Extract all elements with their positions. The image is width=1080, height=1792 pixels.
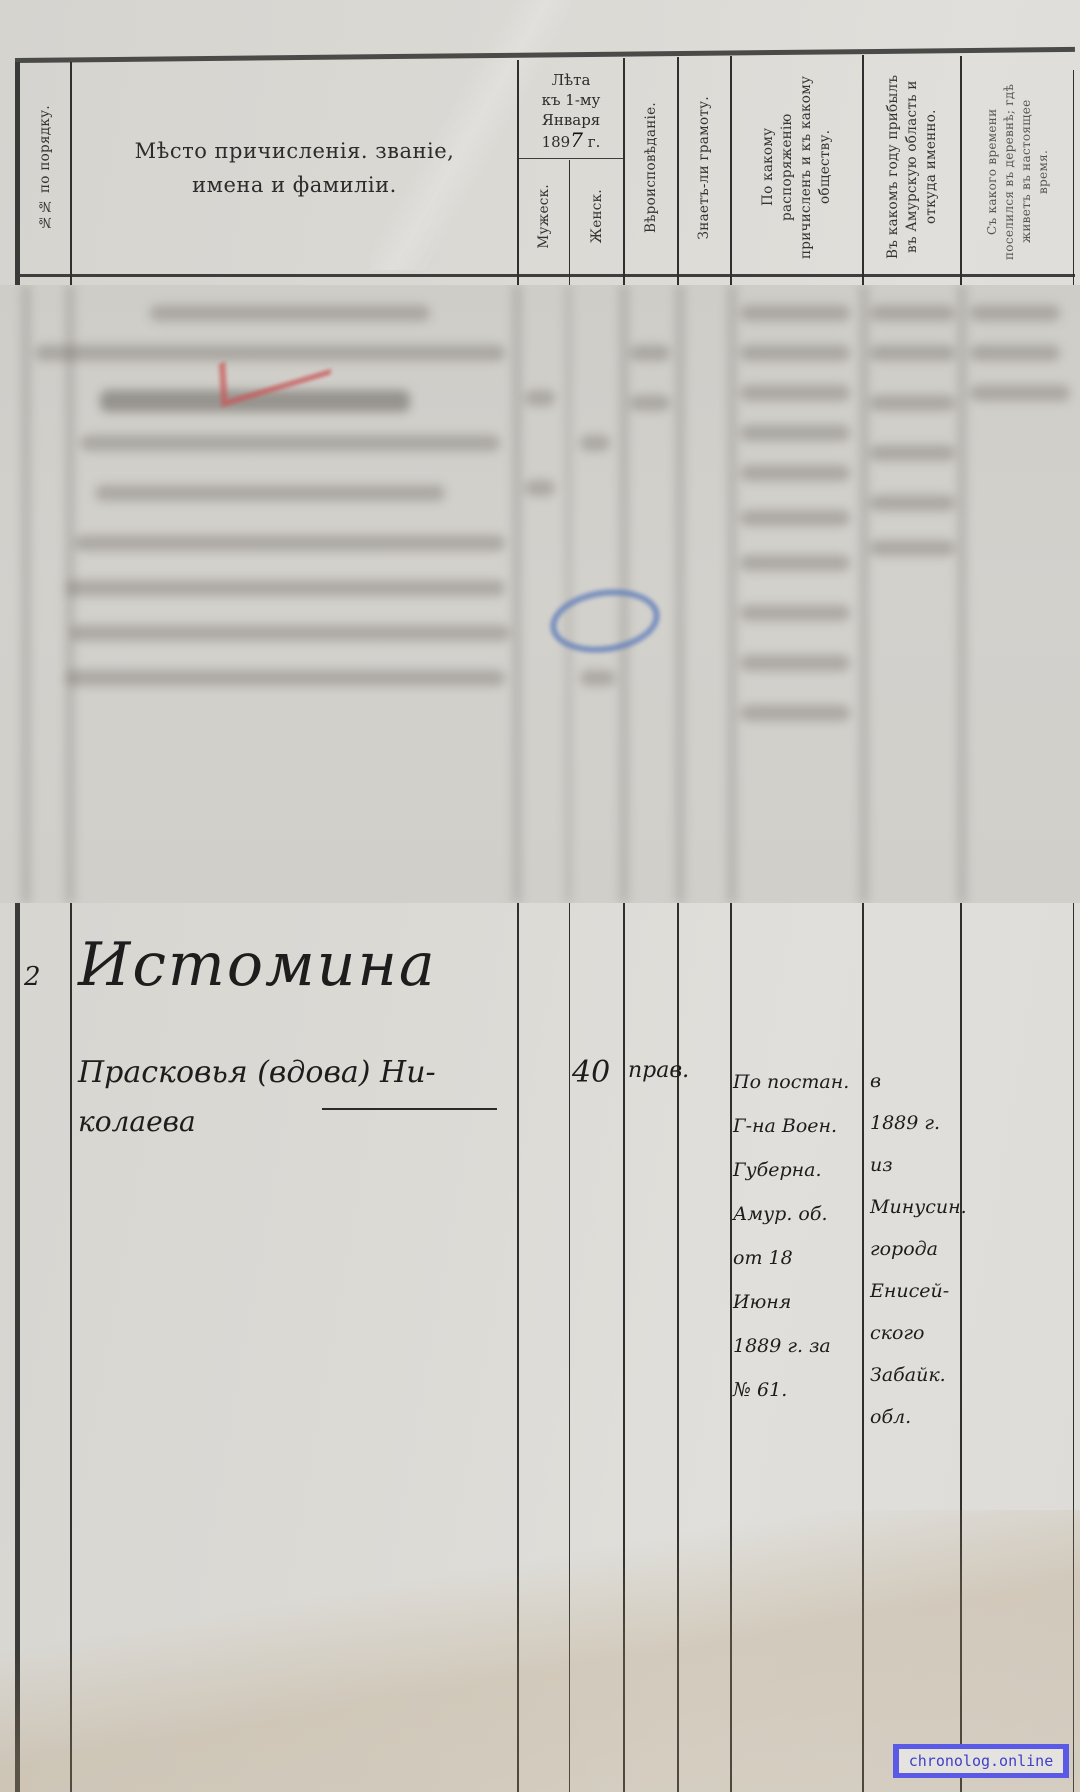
order-line: Губерна. — [733, 1148, 861, 1192]
header-literacy-label: Знаетъ-ли грамоту. — [695, 96, 714, 239]
header-since: Съ какого времени поселился въ деревнѣ; … — [962, 70, 1073, 272]
year-prefix: 189 — [542, 133, 571, 151]
header-female-label: Женск. — [588, 189, 607, 243]
header-name-line1: Мѣсто причисленія. званіе, — [135, 134, 455, 168]
order-line: По постан. — [733, 1060, 861, 1104]
arrival-line: из — [870, 1144, 970, 1186]
arrival-line: обл. — [870, 1396, 970, 1438]
record-2-religion: прав. — [628, 1058, 689, 1083]
header-arrival: Въ какомъ году прибылъ въ Амурскую облас… — [864, 62, 960, 272]
order-line: Июня — [733, 1280, 861, 1324]
header-years-line1: Лѣта — [542, 70, 601, 90]
record-2-age-female: 40 — [572, 1055, 610, 1090]
arrival-line: Забайк. — [870, 1354, 970, 1396]
header-order: По какому распоряженію причисленъ и къ к… — [732, 62, 862, 272]
header-arrival-label: Въ какомъ году прибылъ въ Амурскую облас… — [884, 72, 941, 262]
header-literacy: Знаетъ-ли грамоту. — [679, 64, 730, 272]
year-handwritten-digit: 7 — [570, 128, 583, 152]
record-2-number: 2 — [24, 962, 41, 992]
header-male: Мужеск. — [519, 160, 569, 272]
header-religion-label: Вѣроисповѣданіе. — [642, 102, 661, 233]
header-years-line3: Января — [542, 110, 601, 130]
header-years-line4: 1897 г. — [542, 130, 601, 152]
header-order-label: По какому распоряженію причисленъ и къ к… — [759, 72, 835, 262]
arrival-line: ского — [870, 1312, 970, 1354]
header-religion: Вѣроисповѣданіе. — [625, 64, 677, 272]
record-2-underline — [322, 1108, 497, 1110]
record-2-arrival-cell: в 1889 г. из Минусин. города Енисей- ско… — [870, 1060, 970, 1438]
header-number-label: №№ по порядку. — [36, 105, 55, 230]
arrival-line: 1889 г. — [870, 1102, 970, 1144]
order-line: 1889 г. за — [733, 1324, 861, 1368]
header-years-line2: къ 1-му — [542, 90, 601, 110]
header-male-label: Мужеск. — [535, 184, 554, 249]
header-female: Женск. — [571, 160, 623, 272]
watermark-badge: chronolog.online — [893, 1744, 1069, 1778]
watermark-text: chronolog.online — [899, 1749, 1064, 1773]
arrival-line: Минусин. — [870, 1186, 970, 1228]
header-since-label: Съ какого времени поселился въ деревнѣ; … — [984, 79, 1052, 264]
header-name-line2: имена и фамиліи. — [135, 168, 455, 202]
arrival-line: Енисей- — [870, 1270, 970, 1312]
header-name: Мѣсто причисленія. званіе, имена и фамил… — [72, 64, 517, 272]
arrival-line: города — [870, 1228, 970, 1270]
order-line: Амур. об. — [733, 1192, 861, 1236]
redacted-record-1 — [0, 285, 1080, 903]
years-subheader-rule — [519, 158, 623, 159]
header-number: №№ по порядку. — [20, 64, 70, 272]
order-line: Г-на Воен. — [733, 1104, 861, 1148]
year-suffix: г. — [583, 133, 600, 151]
record-2-order-cell: По постан. Г-на Воен. Губерна. Амур. об.… — [733, 1060, 861, 1412]
record-2-surname: Истомина — [78, 930, 437, 1000]
header-years: Лѣта къ 1-му Января 1897 г. — [519, 64, 623, 158]
order-line: от 18 — [733, 1236, 861, 1280]
arrival-line: в — [870, 1060, 970, 1102]
order-line: № 61. — [733, 1368, 861, 1412]
header-bottom-rule — [15, 274, 1075, 277]
record-2-name-line3: колаева — [78, 1105, 196, 1138]
record-2-name-line2: Прасковья (вдова) Ни- — [78, 1055, 436, 1090]
